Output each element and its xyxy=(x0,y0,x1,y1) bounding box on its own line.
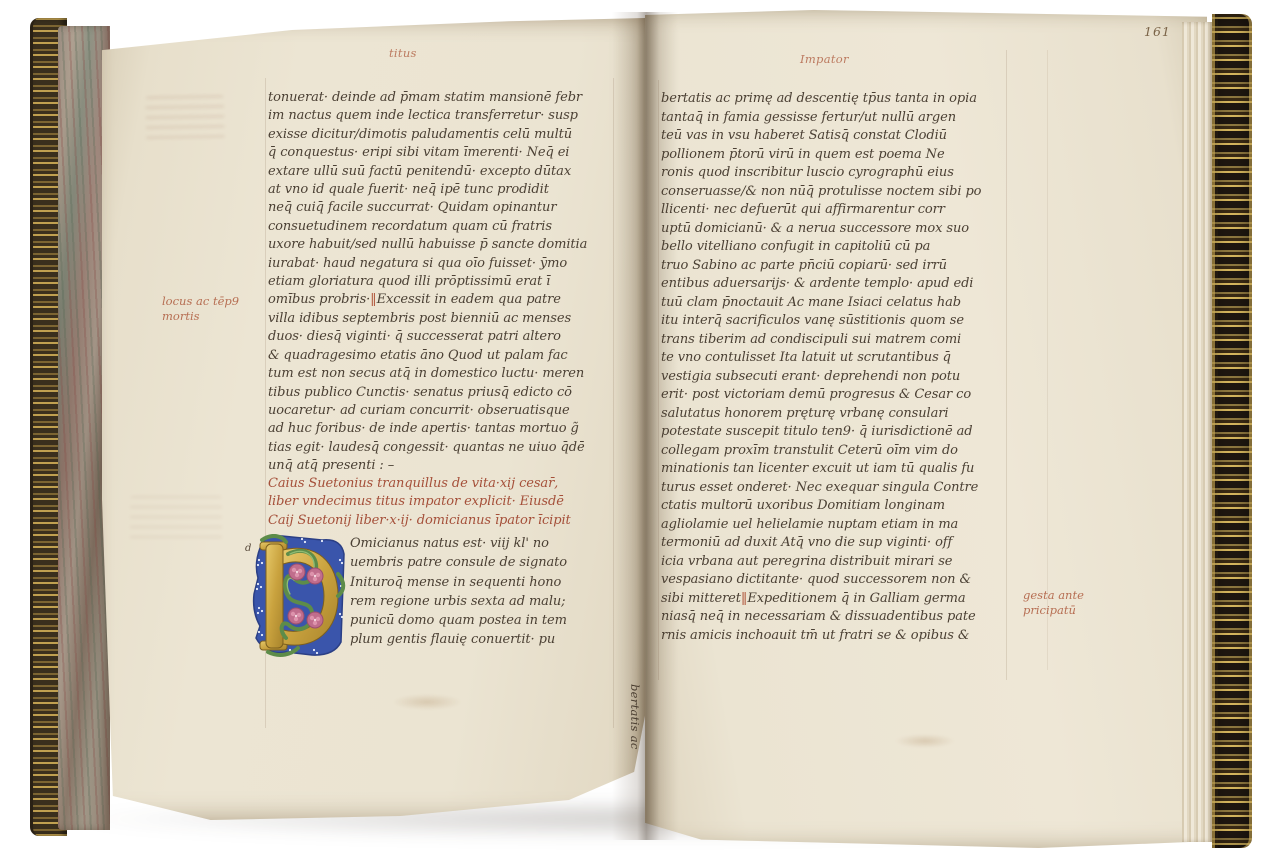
manuscript-line: uembris patre consule de signato xyxy=(350,553,567,572)
manuscript-line: te vno contulisset Ita latuit ut scrutan… xyxy=(661,349,981,368)
manuscript-line: vespasiano dictitante· quod successorem … xyxy=(661,571,981,590)
manuscript-line: tonuerat· deinde ad p̄mam statim mansion… xyxy=(268,89,587,107)
manuscript-line: omībus probris·‖Excessit in eadem qua pa… xyxy=(268,291,587,309)
show-through-text-ghost xyxy=(130,496,222,546)
initial-paragraph-block: Omicianus natus est· viij kl' nouembris … xyxy=(350,534,567,650)
manuscript-line: tuū clam p̄noctauit Ac mane Isiaci celat… xyxy=(661,294,981,313)
rubric-block: Caius Suetonius tranquillus de vita·xij … xyxy=(268,475,571,530)
manuscript-line: llicenti· nec defuerūt qui affirmarentur… xyxy=(661,201,981,220)
gold-tooled-cover-edge xyxy=(1212,14,1252,848)
ruling-line xyxy=(613,78,614,728)
manuscript-line: iurabat· haud negatura si qua oīo fuisse… xyxy=(268,255,587,273)
manuscript-line: Inituroq̄ mense in sequenti hono xyxy=(350,573,567,592)
margin-note-line: pricipatū xyxy=(1023,603,1084,618)
margin-note-line: gesta ante xyxy=(1023,588,1084,603)
ruling-line xyxy=(1006,50,1007,680)
manuscript-line: rem regione urbis sexta ad malu; xyxy=(350,592,567,611)
manuscript-line: & quadragesimo etatis āno Quod ut palam … xyxy=(268,347,587,365)
manuscript-line: im nactus quem inde lectica transferretu… xyxy=(268,107,587,125)
manuscript-line: rnis amicis inchoauit tm̄ ut fratri se &… xyxy=(661,627,981,646)
manuscript-line: uocaretur· ad curiam concurrit· obseruat… xyxy=(268,402,587,420)
manuscript-line: at vno id quale fuerit· neq̄ ipē tunc pr… xyxy=(268,181,587,199)
illuminated-initial-d: D xyxy=(252,534,346,658)
manuscript-line: duos· diesq̄ viginti· q̄ successerat pat… xyxy=(268,328,587,346)
manuscript-line: niasq̄ neq̄ in necessariam & dissuadenti… xyxy=(661,608,981,627)
manuscript-line: neq̄ cuiq̄ facile succurrat· Quidam opin… xyxy=(268,199,587,217)
manuscript-line: ctatis multorū uxoribus Domitiam longina… xyxy=(661,497,981,516)
manuscript-line: plum gentis flauię conuertit· pu xyxy=(350,630,567,649)
page-stack-fore-edge xyxy=(1182,22,1214,842)
guide-letter: d xyxy=(245,543,251,554)
manuscript-line: etiam gloriatura quod illi prōptissimū e… xyxy=(268,273,587,291)
manuscript-line: tum est non secus atq̄ in domestico luct… xyxy=(268,365,587,383)
manuscript-line: ad huc foribus· de inde apertis· tantas … xyxy=(268,420,587,438)
manuscript-line: bello vitelliano confugit in capitoliū c… xyxy=(661,238,981,257)
manuscript-line: uptū domicianū· & a nerua successore mox… xyxy=(661,220,981,239)
rubric-line: Caij Suetonij liber·x·ij· domicianus īpa… xyxy=(268,512,571,530)
folio-number: 161 xyxy=(1144,24,1171,39)
manuscript-line: exisse dicitur/dimotis paludamentis celū… xyxy=(268,126,587,144)
manuscript-line: vestigia subsecuti erant· deprehendi non… xyxy=(661,368,981,387)
running-header: titus xyxy=(389,46,417,60)
margin-note-line: mortis xyxy=(162,309,239,324)
manuscript-line: erit· post victoriam demū progresus & Ce… xyxy=(661,386,981,405)
manuscript-line: potestate suscepit titulo ten9· q̄ iuris… xyxy=(661,423,981,442)
margin-note-line: locus ac tēp9 xyxy=(162,294,239,309)
manuscript-line: agliolamie uel helielamie nuptam etiam i… xyxy=(661,516,981,535)
manuscript-line: conseruasse/& non nūq̄ protulisse noctem… xyxy=(661,183,981,202)
manuscript-line: uxore habuit/sed nullū habuisse p̄ sanct… xyxy=(268,236,587,254)
right-page: Impator 161 bertatis ac primę ad descent… xyxy=(645,10,1207,848)
manuscript-line: minationis tan licenter excuit ut iam tū… xyxy=(661,460,981,479)
rubric-line: Caius Suetonius tranquillus de vita·xij … xyxy=(268,475,571,493)
manuscript-line: unq̄ atq̄ presenti : – xyxy=(268,457,587,475)
manuscript-line: sibi mitteret‖Expeditionem q̄ in Galliam… xyxy=(661,590,981,609)
show-through-text-ghost xyxy=(146,95,225,140)
manuscript-line: tibus publico Cunctis· senatus priusq̄ e… xyxy=(268,384,587,402)
manuscript-line: termoniū ad duxit Atq̄ vno die sup vigin… xyxy=(661,534,981,553)
manuscript-line: tias egit· laudesq̄ congessit· quantas n… xyxy=(268,439,587,457)
foxing-stain xyxy=(895,734,955,748)
manuscript-line: salutatus honorem pręturę vrbanę consula… xyxy=(661,405,981,424)
manuscript-line: entibus aduersarijs· & ardente templo· a… xyxy=(661,275,981,294)
manuscript-line: turus esset onderet· Nec exequar singula… xyxy=(661,479,981,498)
manuscript-line: tantaq̄ in famia gessisse fertur/ut null… xyxy=(661,109,981,128)
margin-note-gesta: gesta antepricipatū xyxy=(1023,588,1084,618)
manuscript-line: punicū domo quam postea in tem xyxy=(350,611,567,630)
main-text-block: bertatis ac primę ad descentię tp̄us tan… xyxy=(661,90,981,645)
manuscript-line: q̄ conquestus· eripi sibi vitam īmerenti… xyxy=(268,144,587,162)
running-header: Impator xyxy=(800,52,849,66)
manuscript-line: extare ullū suū factū penitendū· excepto… xyxy=(268,163,587,181)
illuminated-initial-artwork xyxy=(252,534,346,658)
foxing-stain xyxy=(392,694,462,710)
catchword: bertatis ac xyxy=(628,684,642,750)
manuscript-photo: titus locus ac tēp9mortis tonuerat· dein… xyxy=(0,0,1280,860)
manuscript-line: pollionem p̄torū virū in quem est poema … xyxy=(661,146,981,165)
manuscript-line: teū vas in vsu haberet Satisq̄ constat C… xyxy=(661,127,981,146)
manuscript-line: truo Sabino ac parte pn̄ciū copiarū· sed… xyxy=(661,257,981,276)
manuscript-line: trans tiberim ad condiscipuli sui matrem… xyxy=(661,331,981,350)
manuscript-line: Omicianus natus est· viij kl' no xyxy=(350,534,567,553)
ruling-line xyxy=(658,80,659,680)
manuscript-line: villa idibus septembris post bienniū ac … xyxy=(268,310,587,328)
manuscript-line: ronis quod inscribitur luscio cyrographū… xyxy=(661,164,981,183)
left-page: titus locus ac tēp9mortis tonuerat· dein… xyxy=(102,18,645,820)
manuscript-line: bertatis ac primę ad descentię tp̄us tan… xyxy=(661,90,981,109)
manuscript-line: consuetudinem recordatum quam cū fratris xyxy=(268,218,587,236)
ruling-line xyxy=(1047,50,1048,670)
manuscript-line: collegam proxīm transtulit Ceterū oīm vi… xyxy=(661,442,981,461)
manuscript-line: itu interq̄ sacrificulos vanę sūstitioni… xyxy=(661,312,981,331)
main-text-block: tonuerat· deinde ad p̄mam statim mansion… xyxy=(268,89,587,476)
margin-note-locus-mortis: locus ac tēp9mortis xyxy=(162,294,239,324)
rubric-line: liber vndecimus titus impator explicit· … xyxy=(268,493,571,511)
manuscript-line: icia vrbana aut peregrina distribuit mir… xyxy=(661,553,981,572)
